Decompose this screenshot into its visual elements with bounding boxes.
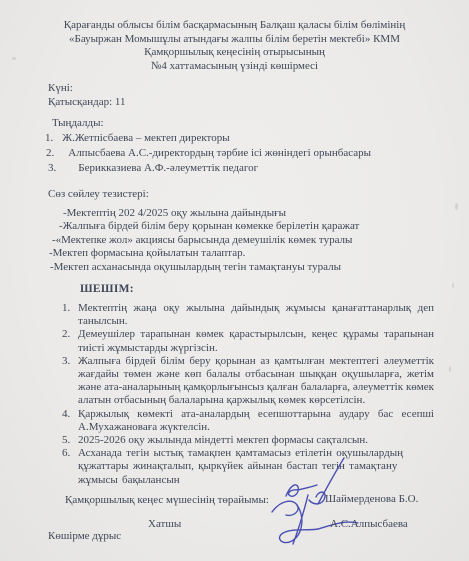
decision-item-number: 6. — [62, 447, 78, 487]
decision-item-number: 5. — [62, 434, 78, 447]
title-line-1: Қарағанды облысы білім басқармасының Бал… — [20, 19, 449, 33]
decision-item: 4. Қаржылық көмекті ата-аналардың есепшо… — [62, 408, 434, 434]
decision-item-text: Мектептің жаңа оқу жылына дайындық жұмыс… — [78, 302, 434, 328]
thesis-item: -Мектеп формасына қойылатын талаптар. — [49, 247, 449, 260]
title-line-3: Қамқоршылық кеңесінің отырысының — [20, 46, 449, 60]
decision-item-text: 2025-2026 оқу жылында міндетті мектеп фо… — [78, 434, 434, 447]
decision-item-text: Жалпыға бірдей білім беру қорынан аз қам… — [78, 355, 434, 408]
scanned-protocol-document: Қарағанды облысы білім басқармасының Бал… — [0, 0, 469, 561]
heard-item: 2. Алпысбаева А.С.-директордың тәрбие іс… — [0, 146, 439, 161]
chair-signature-label: Қамқоршылық кеңес мүшесінің төрайымы: — [65, 494, 269, 508]
date-label: Күні: — [48, 82, 126, 96]
heard-item: 3. Берикказиева А.Ф.-әлеуметтік педагог — [0, 161, 439, 176]
thesis-item: -Жалпыға бірдей білім беру қорынан көмек… — [59, 220, 449, 233]
theses-list: -Мектептің 202 4/2025 оқу жылына дайынды… — [0, 207, 449, 274]
heard-item-number: 1. — [45, 131, 53, 146]
decision-item-number: 3. — [62, 355, 78, 408]
thesis-item: -Мектептің 202 4/2025 оқу жылына дайынды… — [63, 207, 449, 220]
heard-item-text: Берикказиева А.Ф.-әлеуметтік педагог — [78, 161, 258, 176]
scan-artifact — [455, 203, 458, 210]
decision-item-text: Демеушілер тарапынан көмек қарастырылсын… — [78, 328, 434, 354]
secretary-name: А.С.Алпысбаева — [330, 518, 408, 532]
decision-item: 6. Асханада тегін ыстық тамақпен қамтама… — [62, 447, 434, 487]
title-line-4: №4 хаттамасының үзінді көшірмесі — [20, 60, 449, 74]
heard-item-number: 2. — [46, 146, 54, 161]
secretary-label: Хатшы — [148, 518, 181, 532]
document-title: Қарағанды облысы білім басқармасының Бал… — [20, 19, 449, 73]
thesis-item: -Мектеп асханасында оқушылардың тегін та… — [50, 261, 449, 274]
title-line-2: «Бауыржан Момышұлы атындағы жалпы білім … — [20, 33, 449, 47]
decision-item-text: Қаржылық көмекті ата-аналардың есепшотта… — [78, 408, 434, 434]
heard-item-number: 3. — [48, 161, 56, 176]
heard-heading: Тыңдалды: — [52, 117, 104, 131]
thesis-item: -«Мектепке жол» акциясы барысында демеуш… — [52, 234, 449, 247]
heard-item-text: Алпысбаева А.С.-директордың тәрбие ісі ж… — [68, 146, 371, 161]
decision-item: 5. 2025-2026 оқу жылында міндетті мектеп… — [62, 434, 434, 447]
decision-item: 1. Мектептің жаңа оқу жылына дайындық жұ… — [62, 302, 434, 328]
decision-list: 1. Мектептің жаңа оқу жылына дайындық жұ… — [62, 302, 434, 487]
decision-item-number: 1. — [62, 302, 78, 328]
copy-correct-note: Көшірме дұрыс — [48, 530, 121, 544]
decision-item-number: 2. — [62, 328, 78, 354]
heard-item: 1. Ж.Жетпісбаева – мектеп директоры — [0, 131, 439, 146]
scan-artifact — [452, 283, 454, 288]
decision-item: 2. Демеушілер тарапынан көмек қарастырыл… — [62, 328, 434, 354]
decision-heading: ШЕШІМ: — [80, 283, 134, 297]
decision-item-text: Асханада тегін ыстық тамақпен қамтамасыз… — [78, 447, 434, 487]
heard-item-text: Ж.Жетпісбаева – мектеп директоры — [62, 131, 229, 146]
theses-heading: Сөз сөйлеу тезистері: — [48, 188, 149, 202]
scan-artifact — [12, 57, 16, 60]
heard-list: 1. Ж.Жетпісбаева – мектеп директоры 2. А… — [0, 131, 439, 176]
decision-item: 3. Жалпыға бірдей білім беру қорынан аз … — [62, 355, 434, 408]
meta-block: Күні: Қатысқандар: 11 — [48, 82, 126, 109]
participants-count: Қатысқандар: 11 — [48, 96, 126, 110]
scan-artifact — [449, 366, 451, 372]
decision-item-number: 4. — [62, 408, 78, 434]
